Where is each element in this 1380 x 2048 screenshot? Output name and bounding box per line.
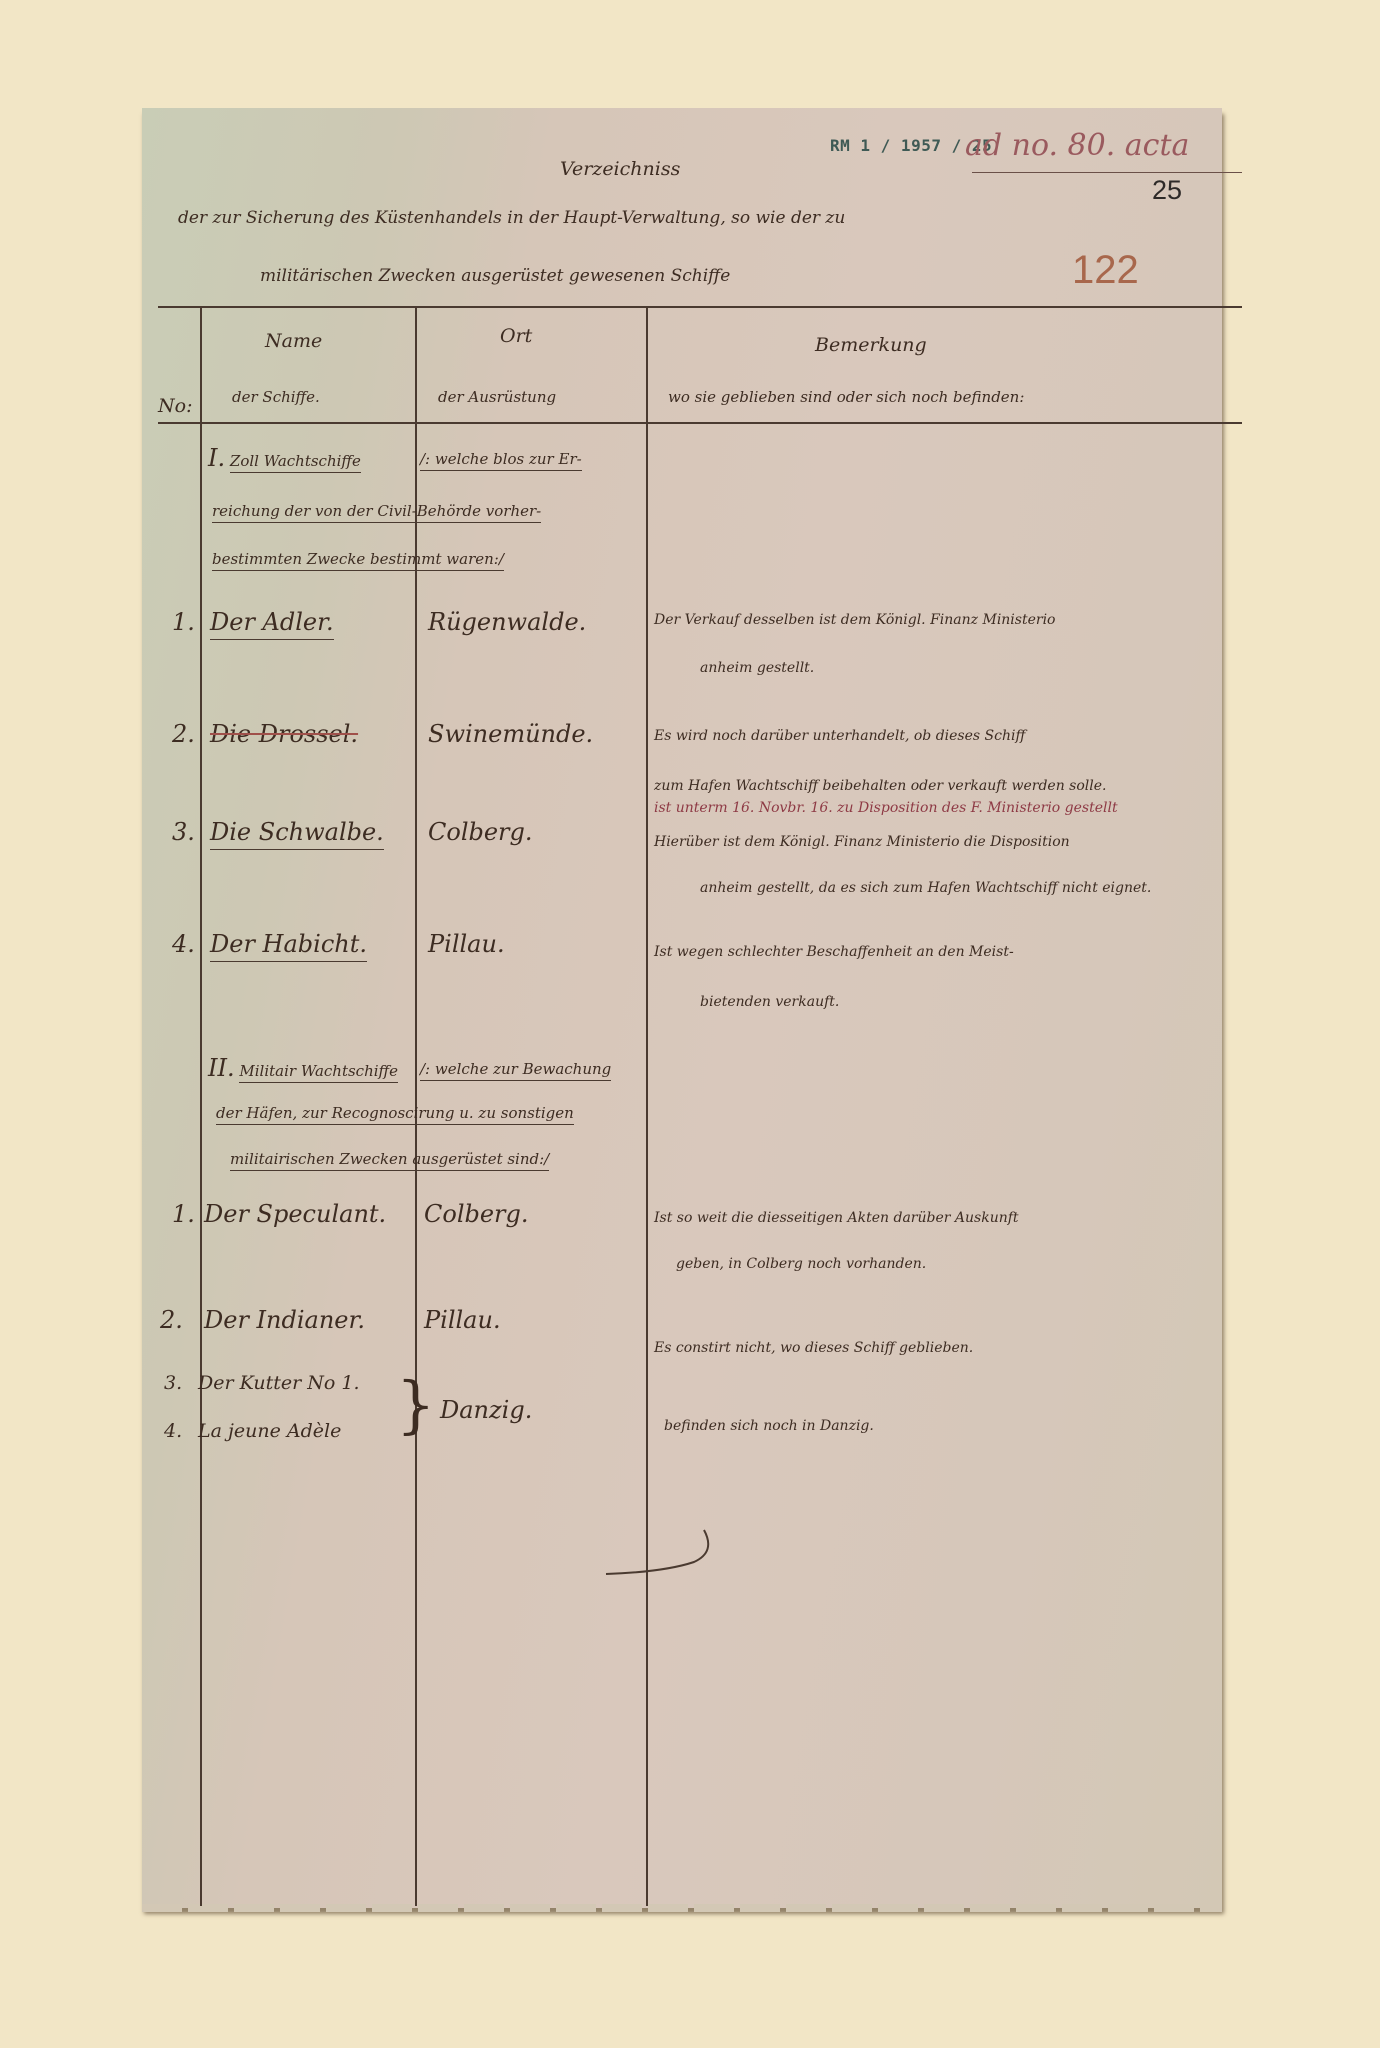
ship-place: Pillau. bbox=[428, 930, 505, 959]
ship-remark-1: Der Verkauf desselben ist dem Königl. Fi… bbox=[654, 612, 1055, 628]
header-name-2: der Schiffe. bbox=[232, 388, 320, 406]
section-1-desc-2: reichung der von der Civil-Behörde vorhe… bbox=[212, 502, 541, 523]
section-1-numeral: I. bbox=[208, 444, 225, 472]
ship-name: Die Schwalbe. bbox=[210, 818, 384, 850]
ship-name: Der Adler. bbox=[210, 608, 334, 640]
row-number: 4. bbox=[172, 930, 195, 959]
section-2-title: Militair Wachtschiffe bbox=[239, 1062, 398, 1083]
row-number: 3. bbox=[172, 818, 195, 847]
document-sheet bbox=[142, 108, 1222, 1908]
document-title: Verzeichniss bbox=[560, 158, 680, 180]
header-remark-2: wo sie geblieben sind oder sich noch bef… bbox=[668, 388, 1024, 406]
row-number: 2. bbox=[160, 1306, 183, 1335]
ship-remark-2: anheim gestellt, da es sich zum Hafen Wa… bbox=[700, 880, 1151, 896]
ship-remark-2: geben, in Colberg noch vorhanden. bbox=[676, 1256, 926, 1272]
ship-name: La jeune Adèle bbox=[198, 1420, 341, 1443]
ship-place: Pillau. bbox=[424, 1306, 501, 1335]
row-number: 1. bbox=[172, 608, 195, 637]
ship-name-struck: Die Drossel. bbox=[210, 720, 358, 749]
ship-name: Der Habicht. bbox=[210, 930, 367, 962]
row-number: 4. bbox=[164, 1420, 182, 1443]
folio-number: 25 bbox=[1152, 175, 1182, 206]
column-divider-place bbox=[646, 306, 648, 1906]
row-number: 2. bbox=[172, 720, 195, 749]
table-header-rule bbox=[158, 422, 1242, 424]
section-2-desc-1: /: welche zur Bewachung bbox=[420, 1060, 611, 1081]
header-name-1: Name bbox=[265, 330, 322, 353]
section-1-heading: I. Zoll Wachtschiffe bbox=[208, 444, 361, 473]
reference-underline bbox=[972, 172, 1242, 173]
header-place-2: der Ausrüstung bbox=[438, 388, 556, 406]
grouping-brace: } bbox=[396, 1368, 435, 1441]
section-2-desc-2: der Häfen, zur Recognoscirung u. zu sons… bbox=[216, 1104, 574, 1125]
ship-remark-1: Es wird noch darüber unterhandelt, ob di… bbox=[654, 728, 1025, 744]
subtitle-line-1: der zur Sicherung des Küstenhandels in d… bbox=[178, 208, 845, 228]
header-no: No: bbox=[158, 395, 192, 418]
reference-note: ad no. 80. acta bbox=[965, 128, 1189, 163]
ship-remark-1: befinden sich noch in Danzig. bbox=[664, 1418, 874, 1434]
closing-flourish bbox=[604, 1522, 744, 1582]
ship-remark-2: anheim gestellt. bbox=[700, 660, 814, 676]
section-2-numeral: II. bbox=[208, 1054, 235, 1082]
ship-place: Colberg. bbox=[424, 1200, 529, 1229]
section-2-heading: II. Militair Wachtschiffe bbox=[208, 1054, 398, 1083]
header-place-1: Ort bbox=[500, 325, 532, 348]
ship-remark-1: Hierüber ist dem Königl. Finanz Minister… bbox=[654, 834, 1070, 850]
ship-remark-red-annotation: ist unterm 16. Novbr. 16. zu Disposition… bbox=[654, 800, 1118, 816]
section-1-desc-3: bestimmten Zwecke bestimmt waren:/ bbox=[212, 550, 504, 571]
ship-remark-2: zum Hafen Wachtschiff beibehalten oder v… bbox=[654, 778, 1106, 794]
ship-name: Der Speculant. bbox=[204, 1200, 386, 1229]
section-1-desc-1: /: welche blos zur Er- bbox=[420, 450, 582, 471]
ship-place: Danzig. bbox=[440, 1396, 532, 1425]
ship-remark-2: bietenden verkauft. bbox=[700, 994, 839, 1010]
ship-remark-1: Ist so weit die diesseitigen Akten darüb… bbox=[654, 1210, 1019, 1226]
ship-remark-1: Es constirt nicht, wo dieses Schiff gebl… bbox=[654, 1340, 973, 1356]
header-remark-1: Bemerkung bbox=[815, 334, 927, 357]
section-1-title: Zoll Wachtschiffe bbox=[230, 452, 361, 473]
ship-place: Colberg. bbox=[428, 818, 533, 847]
ship-place: Swinemünde. bbox=[428, 720, 593, 749]
ship-remark-1: Ist wegen schlechter Beschaffenheit an d… bbox=[654, 944, 1014, 960]
ship-place: Rügenwalde. bbox=[428, 608, 586, 637]
row-number: 3. bbox=[164, 1372, 182, 1395]
row-number: 1. bbox=[172, 1200, 195, 1229]
table-top-rule bbox=[158, 306, 1242, 308]
column-divider-no bbox=[200, 306, 202, 1906]
subtitle-line-2: militärischen Zwecken ausgerüstet gewese… bbox=[260, 266, 730, 286]
page-number: 122 bbox=[1072, 248, 1139, 293]
section-2-desc-3: militairischen Zwecken ausgerüstet sind:… bbox=[230, 1150, 549, 1171]
ship-name: Der Indianer. bbox=[204, 1306, 365, 1335]
ship-name: Der Kutter No 1. bbox=[198, 1372, 359, 1395]
